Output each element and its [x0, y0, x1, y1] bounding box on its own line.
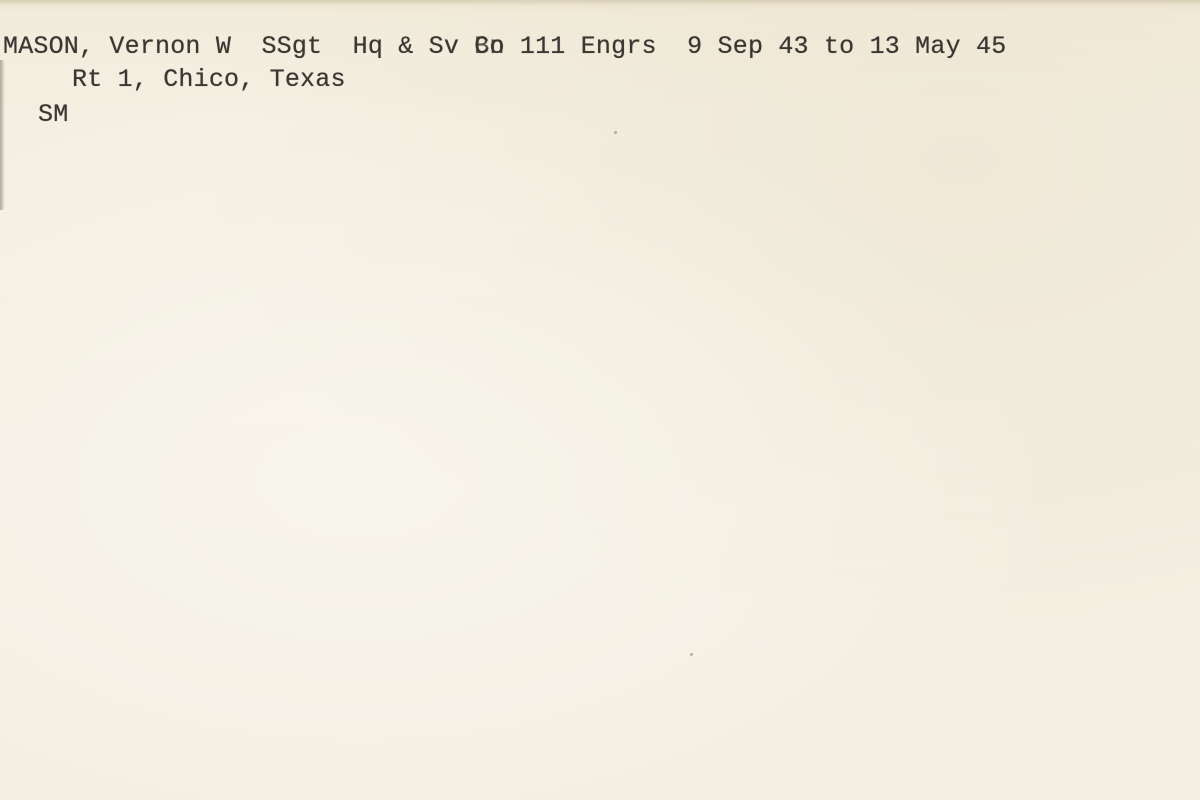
notation: SM [38, 100, 68, 129]
person-name: MASON, Vernon W [3, 32, 231, 61]
index-card: MASON, Vernon W SSgt Hq & Sv BnCo 111 En… [0, 0, 1200, 800]
card-left-edge-shadow [0, 60, 5, 210]
record-line-1: MASON, Vernon W SSgt Hq & Sv BnCo 111 En… [3, 32, 1006, 61]
unit-overstrike: BnCo [474, 32, 504, 61]
rank: SSgt [261, 32, 322, 61]
unit-prefix: Hq & Sv [353, 32, 459, 61]
record-line-2: Rt 1, Chico, Texas [72, 65, 346, 94]
paper-speck [614, 131, 617, 134]
paper-speck [690, 653, 693, 656]
card-top-edge [0, 0, 1200, 6]
service-dates: 9 Sep 43 to 13 May 45 [687, 32, 1006, 61]
record-line-3: SM [38, 100, 68, 129]
address: Rt 1, Chico, Texas [72, 65, 346, 94]
unit-overstrike-under: Bn [474, 32, 504, 61]
unit-suffix: 111 Engrs [520, 32, 657, 61]
